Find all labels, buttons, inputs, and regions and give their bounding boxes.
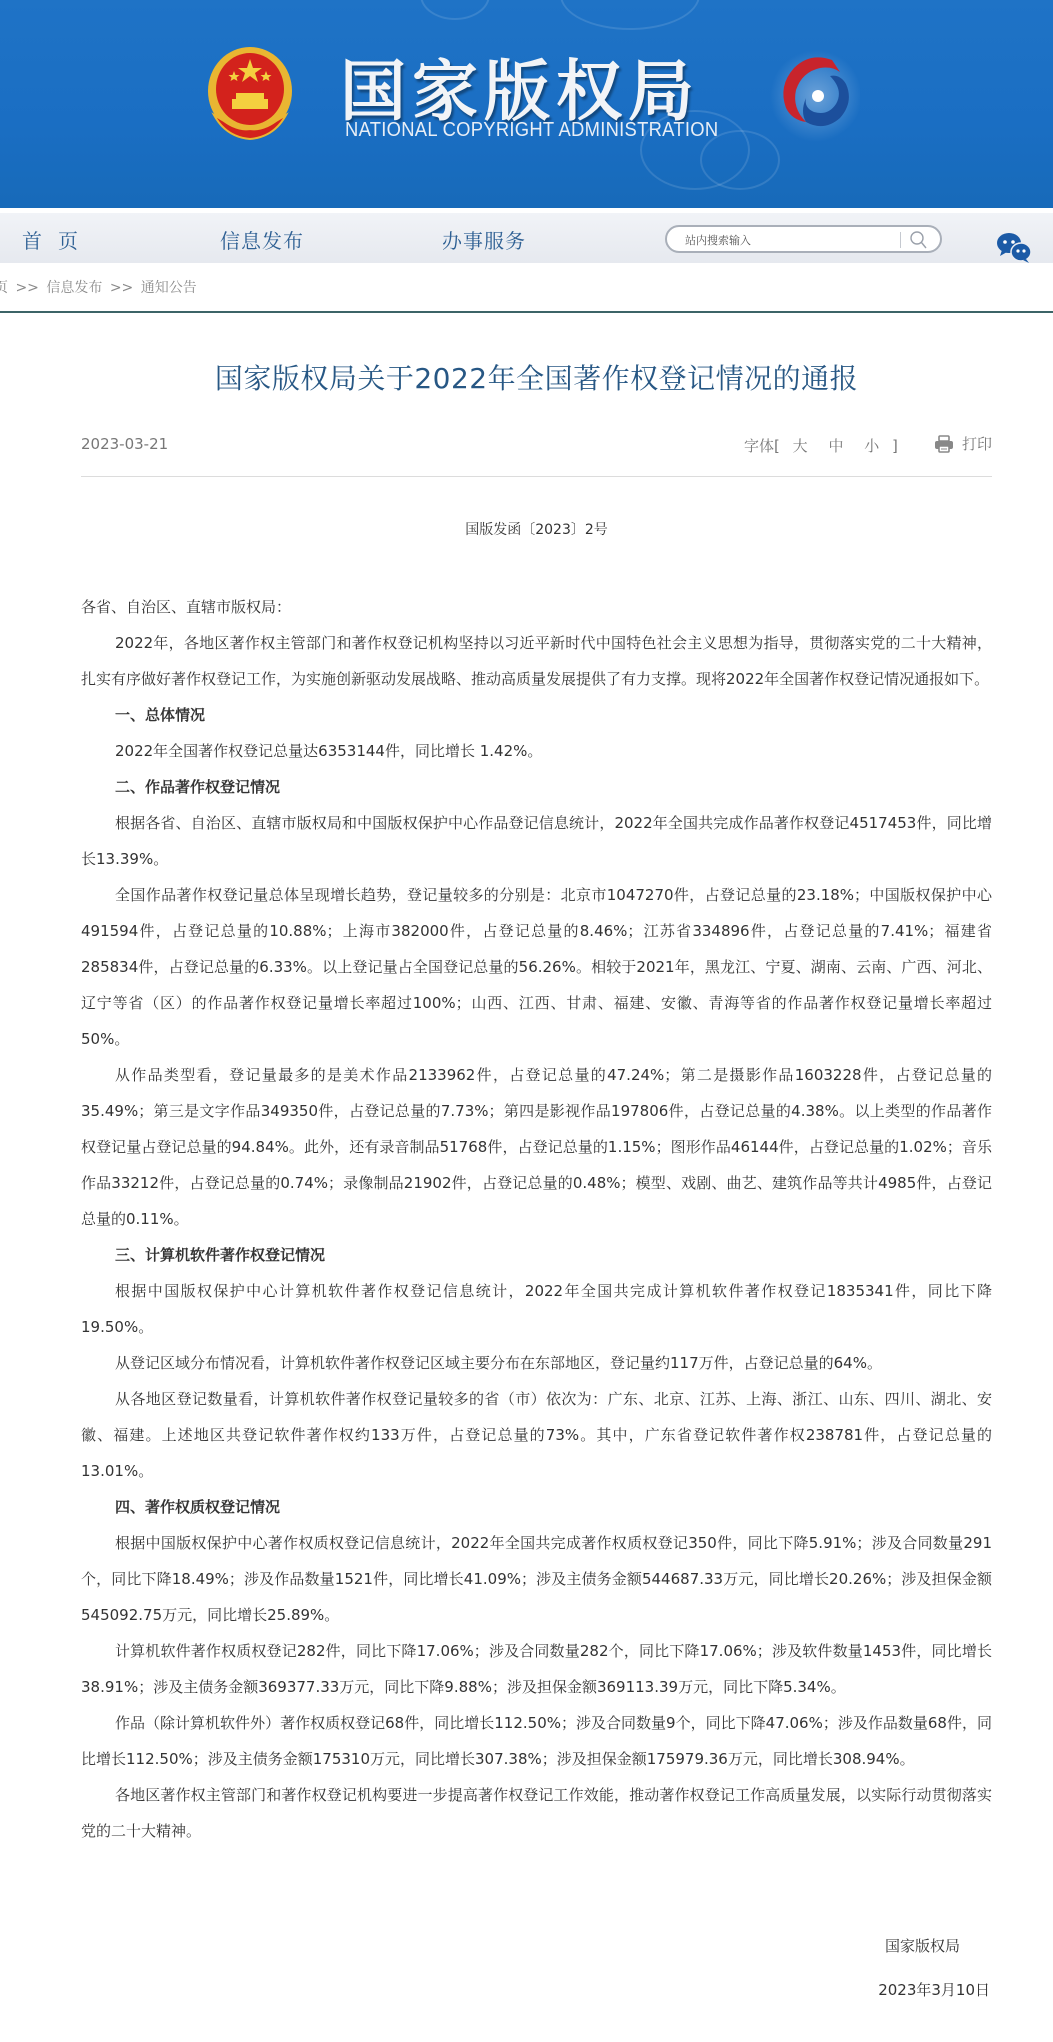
search-input[interactable] <box>685 231 895 249</box>
bottom-spacer <box>81 2012 992 2042</box>
paragraph: 根据中国版权保护中心计算机软件著作权登记信息统计，2022年全国共完成计算机软件… <box>81 1273 992 1345</box>
salutation: 各省、自治区、直辖市版权局： <box>81 589 992 625</box>
breadcrumb-notices[interactable]: 通知公告 <box>141 280 197 296</box>
font-size-control: 字体[ 大 中 小 ] <box>744 435 898 456</box>
paragraph: 从作品类型看，登记量最多的是美术作品2133962件，占登记总量的47.24%；… <box>81 1057 992 1237</box>
font-size-close: ] <box>892 437 898 455</box>
signature-org: 国家版权局 <box>81 1924 990 1968</box>
paragraph: 从登记区域分布情况看，计算机软件著作权登记区域主要分布在东部地区，登记量约117… <box>81 1345 992 1381</box>
paragraph: 根据各省、自治区、直辖市版权局和中国版权保护中心作品登记信息统计，2022年全国… <box>81 805 992 877</box>
font-size-large[interactable]: 大 <box>793 437 808 455</box>
paragraph: 2022年全国著作权登记总量达6353144件，同比增长 1.42%。 <box>81 733 992 769</box>
font-size-small[interactable]: 小 <box>864 437 879 455</box>
signature-date: 2023年3月10日 <box>81 1968 990 2012</box>
paragraph: 2022年，各地区著作权主管部门和著作权登记机构坚持以习近平新时代中国特色社会主… <box>81 625 992 697</box>
wechat-button[interactable] <box>996 231 1032 263</box>
search-icon <box>907 229 931 251</box>
section-heading: 四、著作权质权登记情况 <box>81 1489 992 1525</box>
printer-icon <box>934 435 954 453</box>
breadcrumb: 页 >> 信息发布 >> 通知公告 <box>0 263 1053 313</box>
national-emblem-icon <box>206 45 294 141</box>
search-divider <box>900 232 901 248</box>
site-banner: 国家版权局 NATIONAL COPYRIGHT ADMINISTRATION <box>0 0 1053 208</box>
brand-title-en: NATIONAL COPYRIGHT ADMINISTRATION <box>345 119 718 142</box>
copyright-logo-icon <box>770 46 860 142</box>
paragraph: 从各地区登记数量看，计算机软件著作权登记量较多的省（市）依次为：广东、北京、江苏… <box>81 1381 992 1489</box>
cloud-pattern <box>420 0 490 20</box>
brand-title-cn: 国家版权局 <box>340 38 700 118</box>
paragraph: 各地区著作权主管部门和著作权登记机构要进一步提高著作权登记工作效能，推动著作权登… <box>81 1777 992 1849</box>
main-nav: 首页 信息发布 办事服务 <box>0 211 1053 263</box>
section-heading: 一、总体情况 <box>81 697 992 733</box>
section-heading: 三、计算机软件著作权登记情况 <box>81 1237 992 1273</box>
search-button[interactable] <box>907 229 931 251</box>
font-size-medium[interactable]: 中 <box>828 437 843 455</box>
breadcrumb-separator: >> <box>15 280 38 296</box>
wechat-icon <box>996 231 1032 263</box>
section-heading: 二、作品著作权登记情况 <box>81 769 992 805</box>
paragraph: 全国作品著作权登记量总体呈现增长趋势，登记量较多的分别是：北京市1047270件… <box>81 877 992 1057</box>
signature-block: 国家版权局 2023年3月10日 <box>81 1924 992 2012</box>
search-box <box>665 225 942 253</box>
document-number: 国版发函〔2023〕2号 <box>81 519 992 539</box>
article: 国家版权局关于2022年全国著作权登记情况的通报 2023-03-21 字体[ … <box>81 357 992 2042</box>
paragraph: 作品（除计算机软件外）著作权质权登记68件，同比增长112.50%；涉及合同数量… <box>81 1705 992 1777</box>
nav-info-release[interactable]: 信息发布 <box>220 225 304 254</box>
article-body: 各省、自治区、直辖市版权局： 2022年，各地区著作权主管部门和著作权登记机构坚… <box>81 589 992 1849</box>
font-size-label: 字体[ <box>744 437 780 455</box>
publish-date: 2023-03-21 <box>81 435 168 453</box>
print-button[interactable]: 打印 <box>934 433 992 454</box>
breadcrumb-home[interactable]: 页 <box>0 280 8 296</box>
article-meta: 2023-03-21 字体[ 大 中 小 ] 打印 <box>81 433 992 477</box>
paragraph: 计算机软件著作权质权登记282件，同比下降17.06%；涉及合同数量282个，同… <box>81 1633 992 1705</box>
nav-home[interactable]: 首页 <box>22 225 94 254</box>
page-title: 国家版权局关于2022年全国著作权登记情况的通报 <box>81 357 992 397</box>
breadcrumb-separator: >> <box>110 280 133 296</box>
print-label: 打印 <box>962 433 992 454</box>
cloud-pattern <box>560 0 700 30</box>
nav-services[interactable]: 办事服务 <box>442 225 526 254</box>
paragraph: 根据中国版权保护中心著作权质权登记信息统计，2022年全国共完成著作权质权登记3… <box>81 1525 992 1633</box>
breadcrumb-info-release[interactable]: 信息发布 <box>46 280 102 296</box>
